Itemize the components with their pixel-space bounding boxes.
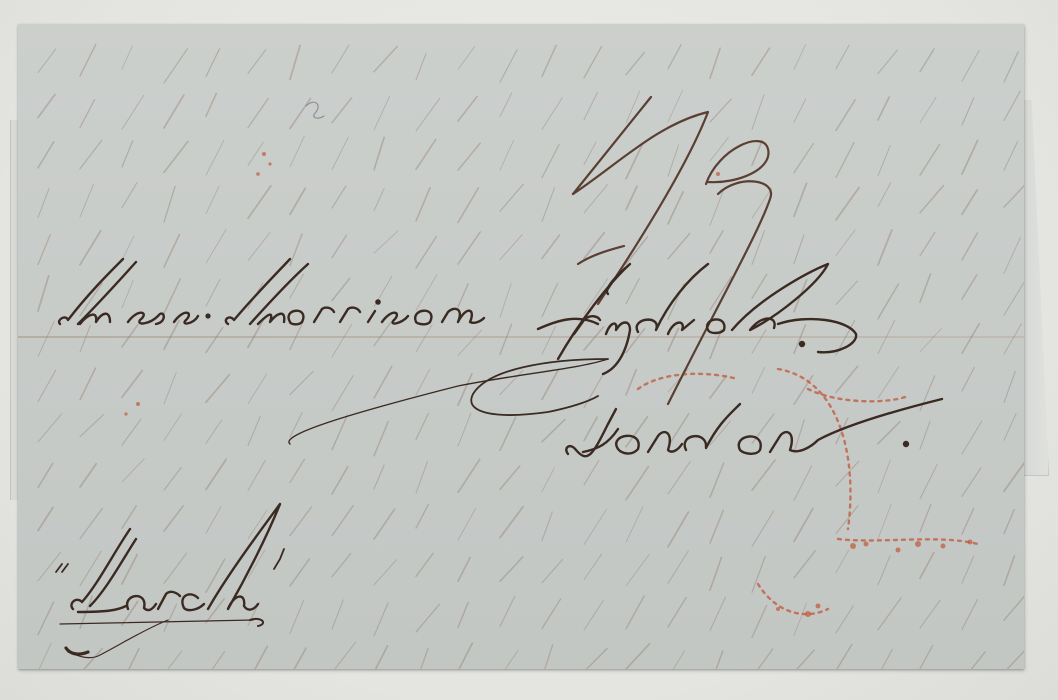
letter-sheet: Mess. Morrison Cryder & Co. London "Larc… <box>18 24 1024 669</box>
